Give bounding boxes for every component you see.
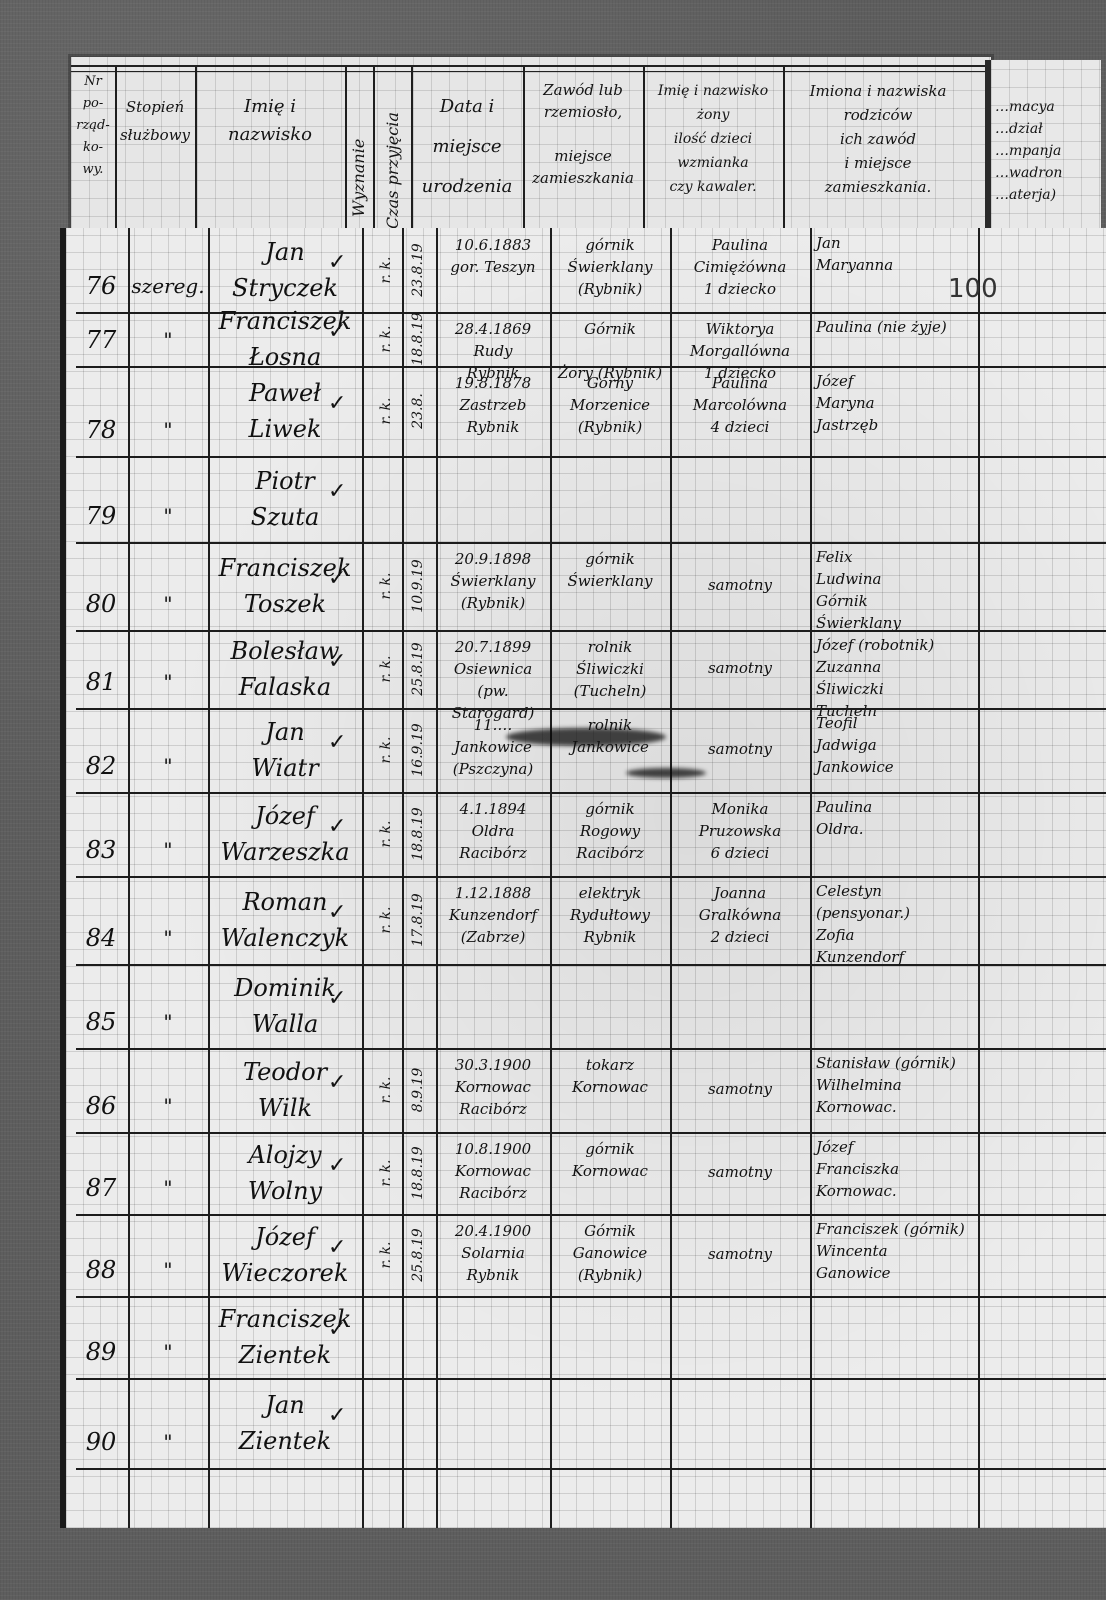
row-divider (76, 1132, 1106, 1134)
entry-rank: " (128, 1176, 208, 1200)
header-col-name: Imię i nazwisko (195, 93, 345, 149)
check-mark-icon: ✓ (328, 1235, 346, 1260)
entry-occupation: elektryk Rydułtowy Rybnik (550, 882, 670, 948)
entry-parents: Jan Maryanna (816, 232, 976, 276)
entry-occupation: górnik Rogowy Racibórz (550, 798, 670, 864)
header-sheet: Nr po- rząd- ko- wy. Stopień służbowy Im… (70, 56, 992, 236)
entry-admission-date: 8.9.19 (410, 1060, 426, 1120)
entry-admission-date: 17.8.19 (410, 890, 426, 950)
entry-birth: 10.6.1883 gor. Teszyn (436, 234, 550, 278)
entry-number: 88 (76, 1256, 126, 1284)
entry-birth: 10.8.1900 Kornowac Racibórz (436, 1138, 550, 1204)
check-mark-icon: ✓ (328, 319, 346, 344)
check-mark-icon: ✓ (328, 1403, 346, 1428)
entry-rank: " (128, 418, 208, 442)
entry-wife: samotny (670, 738, 810, 760)
entry-parents: Józef Franciszka Kornowac. (816, 1136, 976, 1202)
page-number-note: 100 (948, 274, 998, 304)
entry-wife: samotny (670, 1243, 810, 1265)
check-mark-icon: ✓ (328, 1153, 346, 1178)
entry-wife: samotny (670, 1161, 810, 1183)
entry-rank: " (128, 754, 208, 778)
row-divider (76, 964, 1106, 966)
check-mark-icon: ✓ (328, 986, 346, 1011)
entry-religion: r. k. (378, 566, 394, 606)
entry-religion: r. k. (378, 730, 394, 770)
entry-parents: Paulina Oldra. (816, 796, 976, 840)
column-divider (978, 228, 980, 1528)
entry-parents: Franciszek (górnik) Wincenta Ganowice (816, 1218, 976, 1284)
header-sheet-right: …macya …dział …mpanja …wadron …aterja) (985, 60, 1101, 250)
header-col-occupation: Zawód lub rzemiosło, miejsce zamieszkani… (523, 79, 643, 189)
check-mark-icon: ✓ (328, 391, 346, 416)
check-mark-icon: ✓ (328, 1070, 346, 1095)
entry-number: 84 (76, 924, 126, 952)
row-divider (76, 876, 1106, 878)
entry-admission-date: 16.9.19 (410, 720, 426, 780)
entry-rank: " (128, 1430, 208, 1454)
entry-rank: " (128, 504, 208, 528)
entry-number: 83 (76, 836, 126, 864)
entry-birth: 30.3.1900 Kornowac Racibórz (436, 1054, 550, 1120)
register-sheet: 100 76szereg.Jan Stryczek✓r. k.23.8.1910… (60, 228, 1106, 1528)
entry-religion: r. k. (378, 814, 394, 854)
entry-admission-date: 25.8.19 (410, 1225, 426, 1285)
check-mark-icon: ✓ (328, 649, 346, 674)
entry-birth: 19.8.1878 Zastrzeb Rybnik (436, 372, 550, 438)
row-divider (76, 366, 1106, 368)
entry-admission-date: 23.8. (410, 381, 426, 441)
check-mark-icon: ✓ (328, 730, 346, 755)
entry-occupation: rolnik Jankowice (550, 714, 670, 758)
entry-religion: r. k. (378, 250, 394, 290)
entry-occupation: górnik Kornowac (550, 1138, 670, 1182)
entry-number: 89 (76, 1338, 126, 1366)
entry-number: 80 (76, 590, 126, 618)
header-col-parents: Imiona i nazwiska rodziców ich zawód i m… (783, 79, 973, 199)
entry-number: 86 (76, 1092, 126, 1120)
header-col-unit: …macya …dział …mpanja …wadron …aterja) (995, 96, 1095, 206)
entry-admission-date: 23.8.19 (410, 240, 426, 300)
entry-religion: r. k. (378, 900, 394, 940)
entry-number: 81 (76, 668, 126, 696)
entry-religion: r. k. (378, 649, 394, 689)
entry-birth: 4.1.1894 Oldra Racibórz (436, 798, 550, 864)
entry-admission-date: 10.9.19 (410, 556, 426, 616)
entry-admission-date: 25.8.19 (410, 639, 426, 699)
entry-rank: " (128, 1258, 208, 1282)
check-mark-icon: ✓ (328, 479, 346, 504)
entry-rank: " (128, 838, 208, 862)
header-divider (345, 67, 347, 235)
entry-number: 76 (76, 272, 126, 300)
entry-admission-date: 18.8.19 (410, 804, 426, 864)
column-divider (402, 228, 404, 1528)
entry-parents: Paulina (nie żyje) (816, 316, 976, 338)
header-col-no: Nr po- rząd- ko- wy. (71, 71, 115, 181)
check-mark-icon: ✓ (328, 900, 346, 925)
entry-rank: " (128, 1010, 208, 1034)
header-col-rank: Stopień służbowy (115, 93, 195, 149)
ink-smudge (626, 768, 706, 778)
entry-wife: samotny (670, 657, 810, 679)
header-col-admission: Czas przyjęcia (383, 112, 402, 229)
check-mark-icon: ✓ (328, 1317, 346, 1342)
entry-religion: r. k. (378, 391, 394, 431)
row-divider (76, 630, 1106, 632)
row-divider (76, 542, 1106, 544)
entry-number: 85 (76, 1008, 126, 1036)
entry-admission-date: 18.8.19 (410, 309, 426, 369)
row-divider (76, 456, 1106, 458)
entry-rank: szereg. (128, 274, 208, 298)
row-divider (76, 708, 1106, 710)
entry-wife: samotny (670, 574, 810, 596)
check-mark-icon: ✓ (328, 814, 346, 839)
row-divider (76, 792, 1106, 794)
entry-wife: Joanna Gralkówna 2 dzieci (670, 882, 810, 948)
entry-wife: Monika Pruzowska 6 dzieci (670, 798, 810, 864)
entry-occupation: tokarz Kornowac (550, 1054, 670, 1098)
entry-rank: " (128, 670, 208, 694)
entry-parents: Celestyn (pensyonar.) Zofia Kunzendorf (816, 880, 976, 968)
entry-occupation: Górny Morzenice (Rybnik) (550, 372, 670, 438)
entry-wife: Paulina Cimiężówna 1 dziecko (670, 234, 810, 300)
entry-rank: " (128, 1340, 208, 1364)
row-divider (76, 1214, 1106, 1216)
entry-number: 90 (76, 1428, 126, 1456)
row-divider (76, 1296, 1106, 1298)
entry-occupation: rolnik Śliwiczki (Tucheln) (550, 636, 670, 702)
entry-parents: Felix Ludwina Górnik Świerklany (816, 546, 976, 634)
entry-wife: Paulina Marcolówna 4 dzieci (670, 372, 810, 438)
entry-rank: " (128, 328, 208, 352)
entry-parents: Teofil Jadwiga Jankowice (816, 712, 976, 778)
entry-birth: 20.4.1900 Solarnia Rybnik (436, 1220, 550, 1286)
row-divider (76, 1468, 1106, 1470)
entry-parents: Józef Maryna Jastrzęb (816, 370, 976, 436)
entry-rank: " (128, 1094, 208, 1118)
column-divider (810, 228, 812, 1528)
entry-occupation: Górnik Ganowice (Rybnik) (550, 1220, 670, 1286)
entry-number: 78 (76, 416, 126, 444)
row-divider (76, 1048, 1106, 1050)
entry-number: 82 (76, 752, 126, 780)
header-col-wife: Imię i nazwisko żony ilość dzieci wzmian… (643, 79, 783, 199)
entry-parents: Stanisław (górnik) Wilhelmina Kornowac. (816, 1052, 976, 1118)
entry-birth: 1.12.1888 Kunzendorf (Zabrze) (436, 882, 550, 948)
header-top-rule (71, 65, 991, 72)
check-mark-icon: ✓ (328, 250, 346, 275)
header-divider (373, 67, 375, 235)
entry-birth: 20.7.1899 Osiewnica (pw. Starogard) (436, 636, 550, 724)
header-col-religion: Wyznanie (349, 139, 368, 217)
row-divider (76, 1378, 1106, 1380)
entry-number: 87 (76, 1174, 126, 1202)
entry-number: 77 (76, 326, 126, 354)
entry-occupation: górnik Świerklany (550, 548, 670, 592)
entry-religion: r. k. (378, 319, 394, 359)
entry-religion: r. k. (378, 1070, 394, 1110)
entry-religion: r. k. (378, 1153, 394, 1193)
entry-wife: samotny (670, 1078, 810, 1100)
entry-birth: 20.9.1898 Świerklany (Rybnik) (436, 548, 550, 614)
entry-rank: " (128, 926, 208, 950)
header-col-birth: Data i miejsce urodzenia (411, 87, 523, 207)
check-mark-icon: ✓ (328, 566, 346, 591)
entry-occupation: górnik Świerklany (Rybnik) (550, 234, 670, 300)
entry-birth: 11.… Jankowice (Pszczyna) (436, 714, 550, 780)
entry-rank: " (128, 592, 208, 616)
column-divider (362, 228, 364, 1528)
entry-religion: r. k. (378, 1235, 394, 1275)
entry-admission-date: 18.8.19 (410, 1143, 426, 1203)
entry-number: 79 (76, 502, 126, 530)
